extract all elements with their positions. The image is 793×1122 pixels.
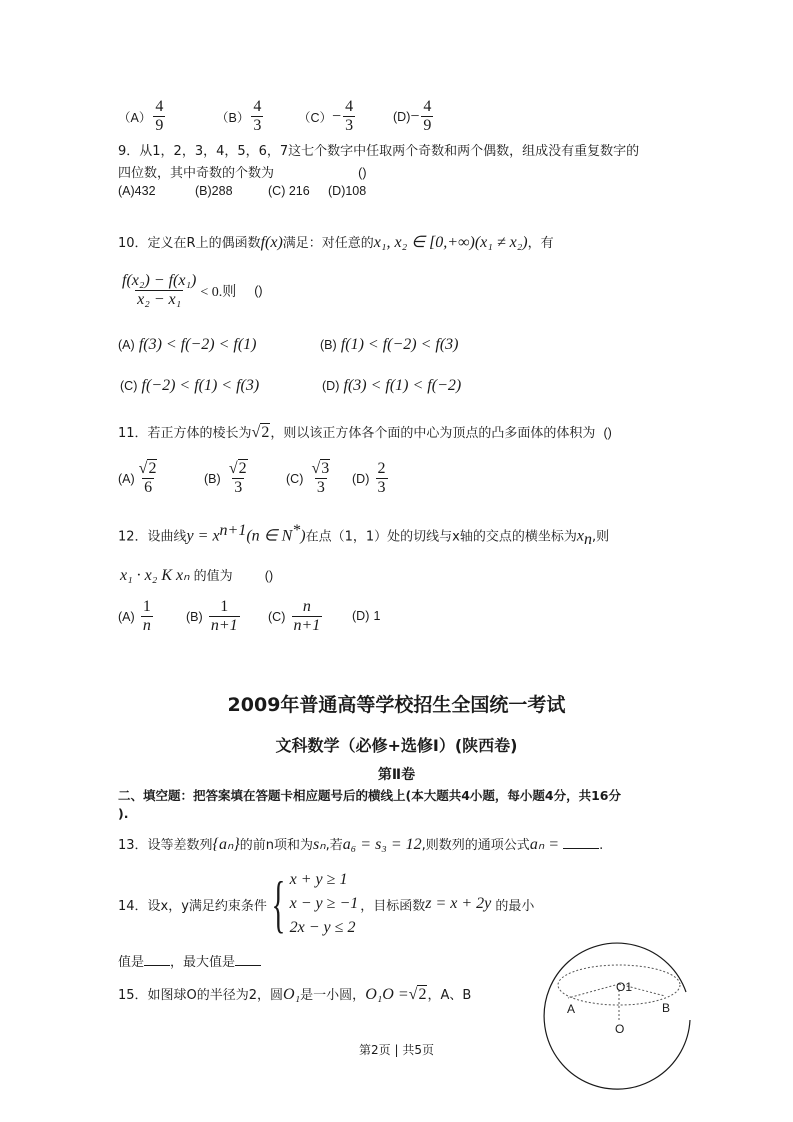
- fraction: 43: [343, 98, 355, 135]
- q11-option-d: (D) 23: [352, 460, 390, 497]
- q11-option-a: (A) √26: [118, 460, 161, 497]
- q11-option-b: (B) √23: [204, 460, 252, 497]
- constraint-system: { x + y ≥ 1 x − y ≥ −1 2x − y ≤ 2: [267, 868, 358, 940]
- q8-option-b: （B） 43: [216, 98, 265, 135]
- fraction: f(x₂) − f(x₁)x₂ − x₁: [120, 272, 198, 309]
- answer-paren: (): [265, 569, 273, 583]
- label-a: A: [567, 1002, 575, 1016]
- fraction: 49: [153, 98, 165, 135]
- q10-option-c: (C) f(−2) < f(1) < f(3): [120, 377, 259, 395]
- q10-option-a: (A) f(3) < f(−2) < f(1): [118, 336, 257, 354]
- segment-o1-a: [568, 984, 619, 998]
- fraction: 1n+1: [209, 598, 240, 635]
- q8-option-c: （C） − 43: [298, 98, 357, 135]
- label-o1: O1: [616, 980, 632, 994]
- q9-option-b: (B)288: [195, 184, 233, 198]
- answer-paren: (): [358, 166, 366, 180]
- q12-line2: x₁ · x₂ K xₙ 的值为 (): [120, 565, 273, 585]
- fraction: 1n: [141, 598, 153, 635]
- answer-paren: (): [254, 284, 262, 298]
- q15-stem: 15．如图球O的半径为2，圆O₁是一小圆，O₁O =√2，A、B: [118, 984, 471, 1004]
- volume-heading: 第Ⅱ卷: [0, 764, 793, 784]
- q9-option-c: (C) 216: [268, 184, 310, 198]
- fraction: 23: [376, 460, 388, 497]
- max-answer-blank[interactable]: [235, 953, 261, 966]
- q12-option-c: (C) nn+1: [268, 598, 324, 635]
- q9-option-a: (A)432: [118, 184, 156, 198]
- q14-line2: 值是，最大值是: [118, 951, 261, 970]
- answer-blank[interactable]: [563, 836, 599, 849]
- fraction: √23: [227, 460, 250, 497]
- answer-paren: (): [603, 426, 611, 440]
- sqrt: √2: [252, 423, 271, 441]
- q8-option-d: (D) − 49: [393, 98, 435, 135]
- q10-inequality: f(x₂) − f(x₁)x₂ − x₁ < 0.则 (): [118, 272, 263, 309]
- q11-stem: 11．若正方体的棱长为√2，则以该正方体各个面的中心为顶点的凸多面体的体积为 (…: [118, 422, 612, 442]
- label-b: B: [662, 1001, 670, 1015]
- q12-option-d: (D) 1: [352, 608, 380, 623]
- fraction: √26: [137, 460, 160, 497]
- sqrt: √2: [409, 985, 428, 1003]
- q10-stem: 10．定义在R上的偶函数f(x)满足：对任意的x₁, x₂ ∈ [0,+∞)(x…: [118, 232, 554, 252]
- min-answer-blank[interactable]: [144, 953, 170, 966]
- fraction: √33: [310, 460, 333, 497]
- q12-option-a: (A) 1n: [118, 598, 155, 635]
- q12-option-b: (B) 1n+1: [186, 598, 242, 635]
- q8-option-a: （A） 49: [118, 98, 167, 135]
- sphere-figure: O1 A B O: [540, 940, 700, 1110]
- q12-stem: 12．设曲线y = xn+1(n ∈ N*)在点（1，1）处的切线与x轴的交点的…: [118, 522, 609, 549]
- exam-subtitle: 文科数学（必修+选修I）(陕西卷): [0, 733, 793, 756]
- q9-line2: 四位数，其中奇数的个数为 (): [118, 162, 366, 181]
- section-heading: 二、填空题：把答案填在答题卡相应题号后的横线上(本大题共4小题，每小题4分，共1…: [118, 786, 621, 821]
- label-o: O: [615, 1022, 624, 1036]
- brace: {: [271, 872, 285, 936]
- fraction: nn+1: [292, 598, 323, 635]
- page-footer: 第2页 | 共5页: [0, 1041, 793, 1058]
- fraction: 49: [421, 98, 433, 135]
- q10-option-b: (B) f(1) < f(−2) < f(3): [320, 336, 459, 354]
- q10-option-d: (D) f(3) < f(1) < f(−2): [322, 377, 461, 395]
- q9-option-d: (D)108: [328, 184, 366, 198]
- q14-stem: 14．设x，y满足约束条件 { x + y ≥ 1 x − y ≥ −1 2x …: [118, 868, 534, 940]
- q11-option-c: (C) √33: [286, 460, 334, 497]
- q9-line1: 9．从1，2，3，4，5，6，7这七个数字中任取两个奇数和两个偶数，组成没有重复…: [118, 140, 639, 159]
- exam-title: 2009年普通高等学校招生全国统一考试: [0, 690, 793, 717]
- fraction: 43: [251, 98, 263, 135]
- q13-stem: 13．设等差数列{aₙ}的前n项和为sₙ,若a₆ = s₃ = 12,则数列的通…: [118, 834, 603, 854]
